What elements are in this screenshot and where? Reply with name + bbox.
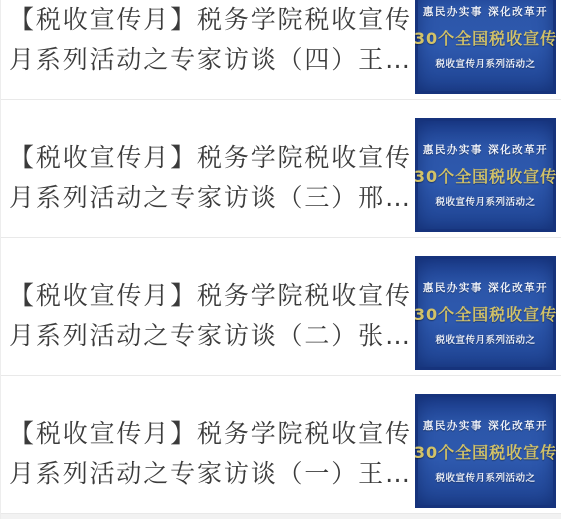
thumbnail-subtitle: 税收宣传月系列活动之	[435, 332, 535, 346]
thumbnail-subtitle: 税收宣传月系列活动之	[435, 56, 535, 70]
article-thumbnail: 惠民办实事 深化改革开 30个全国税收宣传 税收宣传月系列活动之	[415, 118, 556, 232]
article-list-item[interactable]: 【税收宣传月】税务学院税收宣传月系列活动之专家访谈（一）王… 惠民办实事 深化改…	[1, 376, 561, 514]
article-list: 【税收宣传月】税务学院税收宣传月系列活动之专家访谈（四）王… 惠民办实事 深化改…	[1, 0, 561, 514]
thumbnail-slogan-top: 惠民办实事 深化改革开	[423, 418, 548, 433]
article-title: 【税收宣传月】税务学院税收宣传月系列活动之专家访谈（一）王…	[9, 414, 411, 494]
article-thumbnail: 惠民办实事 深化改革开 30个全国税收宣传 税收宣传月系列活动之	[415, 0, 556, 94]
article-list-item[interactable]: 【税收宣传月】税务学院税收宣传月系列活动之专家访谈（三）邢… 惠民办实事 深化改…	[1, 100, 561, 238]
article-thumbnail: 惠民办实事 深化改革开 30个全国税收宣传 税收宣传月系列活动之	[415, 256, 556, 370]
thumbnail-slogan-top: 惠民办实事 深化改革开	[423, 4, 548, 19]
thumbnail-headline: 30个全国税收宣传	[415, 26, 556, 49]
article-title: 【税收宣传月】税务学院税收宣传月系列活动之专家访谈（二）张…	[9, 276, 411, 356]
thumbnail-headline: 30个全国税收宣传	[415, 302, 556, 325]
article-list-item[interactable]: 【税收宣传月】税务学院税收宣传月系列活动之专家访谈（四）王… 惠民办实事 深化改…	[1, 0, 561, 100]
thumbnail-subtitle: 税收宣传月系列活动之	[435, 194, 535, 208]
article-list-screen: 【税收宣传月】税务学院税收宣传月系列活动之专家访谈（四）王… 惠民办实事 深化改…	[0, 0, 561, 519]
bottom-separator-band	[1, 514, 561, 519]
thumbnail-slogan-top: 惠民办实事 深化改革开	[423, 280, 548, 295]
article-list-item[interactable]: 【税收宣传月】税务学院税收宣传月系列活动之专家访谈（二）张… 惠民办实事 深化改…	[1, 238, 561, 376]
article-title: 【税收宣传月】税务学院税收宣传月系列活动之专家访谈（四）王…	[9, 0, 411, 80]
thumbnail-slogan-top: 惠民办实事 深化改革开	[423, 142, 548, 157]
thumbnail-subtitle: 税收宣传月系列活动之	[435, 470, 535, 484]
thumbnail-headline: 30个全国税收宣传	[415, 164, 556, 187]
article-thumbnail: 惠民办实事 深化改革开 30个全国税收宣传 税收宣传月系列活动之	[415, 394, 556, 508]
thumbnail-headline: 30个全国税收宣传	[415, 440, 556, 463]
article-title: 【税收宣传月】税务学院税收宣传月系列活动之专家访谈（三）邢…	[9, 138, 411, 218]
